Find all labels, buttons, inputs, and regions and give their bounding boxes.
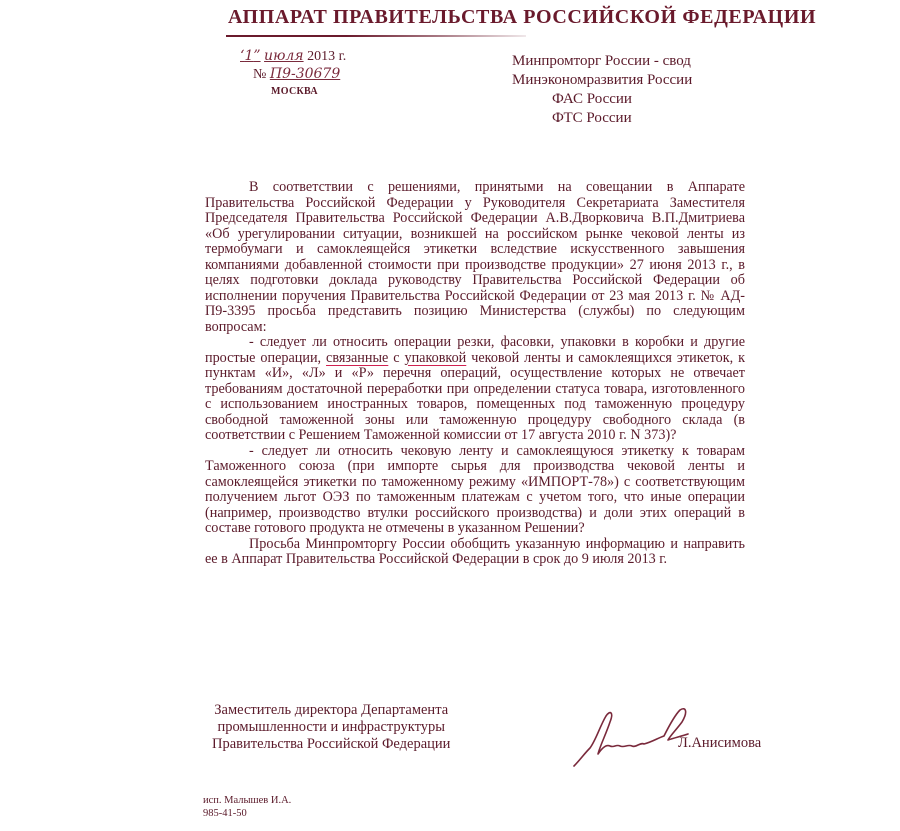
number-value: П9-30679	[270, 66, 340, 82]
date-month: июля	[264, 48, 304, 64]
letterhead-rule	[226, 35, 526, 37]
addressee-item: Минпромторг России - свод	[512, 52, 692, 71]
executor-phone: 985-41-50	[203, 807, 291, 820]
signer-name: Л.Анисимова	[678, 735, 761, 752]
addressee-list: Минпромторг России - свод Минэкономразви…	[512, 52, 692, 128]
date-close-quote: ”	[253, 48, 260, 64]
document-date: ‘1” июля 2013 г.	[240, 48, 346, 65]
executor-info: исп. Малышев И.А. 985-41-50	[203, 794, 291, 820]
body-paragraph: - следует ли относить чековую ленту и са…	[205, 444, 745, 537]
position-line: промышленности и инфраструктуры	[212, 719, 450, 736]
position-line: Правительства Российской Федерации	[212, 736, 450, 753]
addressee-item: ФАС России	[512, 90, 692, 109]
text-run: с	[388, 350, 404, 366]
signatory-position: Заместитель директора Департамента промы…	[212, 702, 450, 753]
letter-body: В соответствии с решениями, принятыми на…	[205, 180, 745, 568]
underlined-text: упаковкой	[404, 350, 466, 366]
body-paragraph: В соответствии с решениями, принятыми на…	[205, 180, 745, 335]
body-paragraph: - следует ли относить операции резки, фа…	[205, 335, 745, 444]
executor-name: исп. Малышев И.А.	[203, 794, 291, 807]
date-year: 2013 г.	[307, 49, 346, 64]
addressee-item: Минэкономразвития России	[512, 71, 692, 90]
document-city: МОСКВА	[271, 86, 318, 97]
body-paragraph: Просьба Минпромторгу России обобщить ука…	[205, 537, 745, 568]
document-number: № П9-30679	[253, 66, 340, 83]
letterhead-title: АППАРАТ ПРАВИТЕЛЬСТВА РОССИЙСКОЙ ФЕДЕРАЦ…	[228, 6, 816, 29]
addressee-item: ФТС России	[512, 109, 692, 128]
position-line: Заместитель директора Департамента	[212, 702, 450, 719]
underlined-text: связанные	[326, 350, 388, 366]
number-label: №	[253, 67, 266, 82]
